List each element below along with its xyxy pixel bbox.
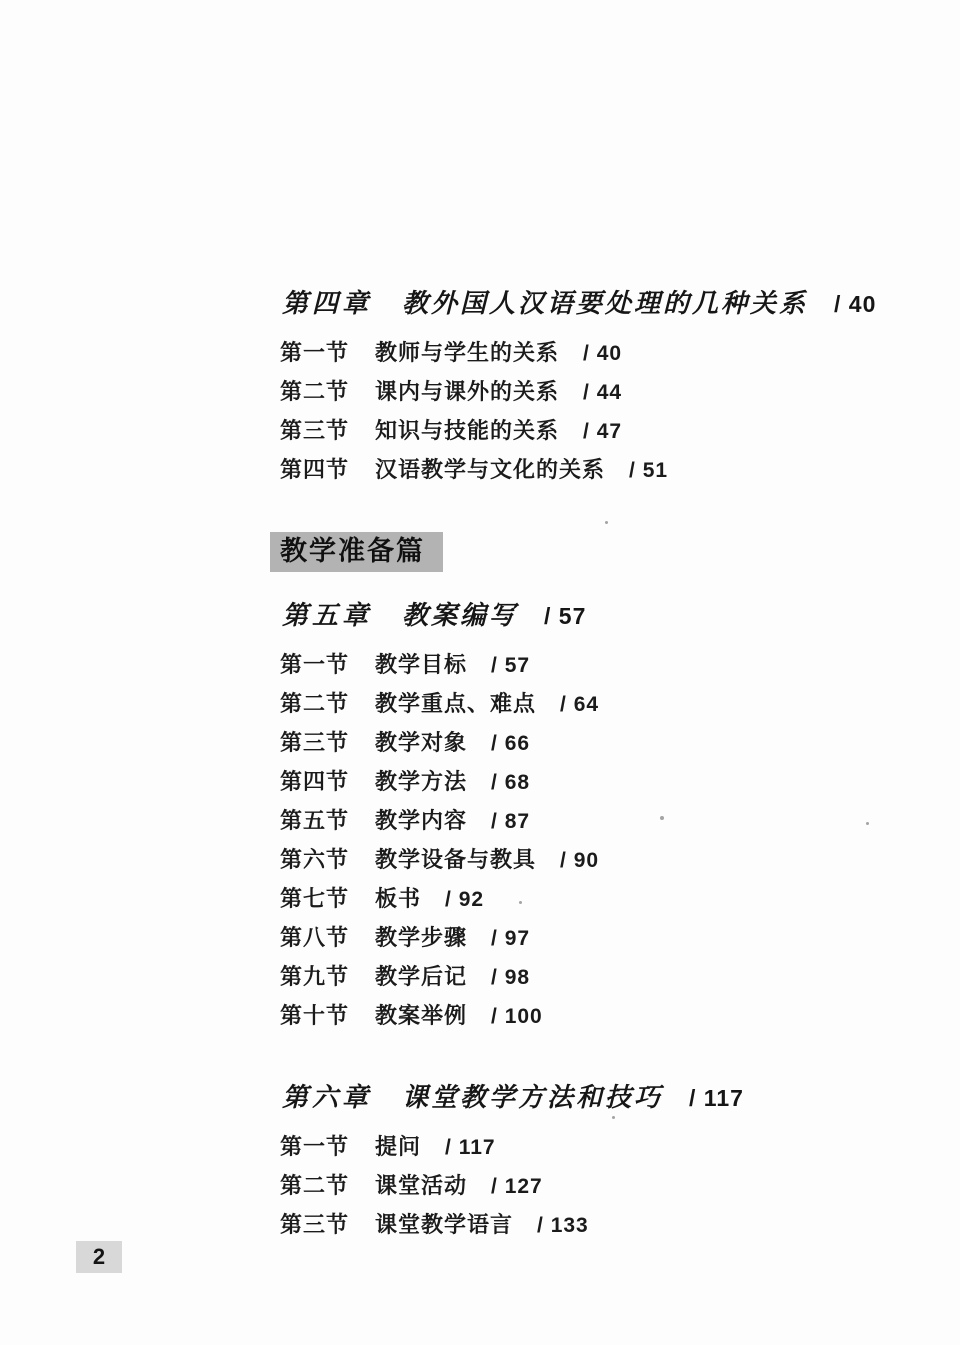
scan-speck [612, 1116, 615, 1119]
chapter-page-number: / 40 [834, 291, 876, 317]
chapter-number: 第五章 [282, 601, 372, 630]
section-title: 教学后记 [375, 964, 467, 989]
section-entry: 第一节提问/ 117 [280, 1132, 900, 1163]
section-page-number: / 40 [583, 342, 622, 365]
section-entry: 第二节课内与课外的关系/ 44 [280, 377, 900, 408]
section-page-number: / 98 [491, 966, 530, 989]
section-title: 教学设备与教具 [375, 847, 536, 872]
section-title: 教学方法 [375, 769, 467, 794]
section-page-number: / 117 [445, 1136, 496, 1159]
section-title: 提问 [375, 1134, 421, 1159]
chapter-page-number: / 57 [544, 603, 586, 629]
section-entry: 第九节教学后记/ 98 [280, 962, 900, 993]
section-page-number: / 57 [491, 654, 530, 677]
section-entry: 第一节教师与学生的关系/ 40 [280, 338, 900, 369]
section-entry: 第二节教学重点、难点/ 64 [280, 689, 900, 720]
section-title: 教师与学生的关系 [375, 340, 559, 365]
chapter-entry: 第五章教案编写/ 57 [282, 598, 900, 634]
section-number: 第五节 [280, 808, 349, 833]
section-number: 第一节 [280, 340, 349, 365]
section-title: 汉语教学与文化的关系 [375, 457, 605, 482]
section-entry: 第四节教学方法/ 68 [280, 767, 900, 798]
section-page-number: / 87 [491, 810, 530, 833]
chapter-page-number: / 117 [689, 1085, 744, 1111]
section-number: 第二节 [280, 1173, 349, 1198]
section-page-number: / 90 [560, 849, 599, 872]
chapter-title: 教案编写 [402, 601, 518, 630]
chapter-number: 第四章 [282, 289, 372, 318]
section-title: 教案举例 [375, 1003, 467, 1028]
section-entry: 第六节教学设备与教具/ 90 [280, 845, 900, 876]
section-entry: 第四节汉语教学与文化的关系/ 51 [280, 455, 900, 486]
section-title: 课堂活动 [375, 1173, 467, 1198]
section-page-number: / 44 [583, 381, 622, 404]
part-heading-row: 教学准备篇 [280, 532, 900, 572]
section-number: 第一节 [280, 1134, 349, 1159]
section-number: 第六节 [280, 847, 349, 872]
section-number: 第二节 [280, 691, 349, 716]
section-entry: 第八节教学步骤/ 97 [280, 923, 900, 954]
section-page-number: / 64 [560, 693, 599, 716]
section-title: 教学重点、难点 [375, 691, 536, 716]
section-entry: 第一节教学目标/ 57 [280, 650, 900, 681]
section-title: 课内与课外的关系 [375, 379, 559, 404]
section-page-number: / 68 [491, 771, 530, 794]
chapter-title: 教外国人汉语要处理的几种关系 [402, 289, 808, 318]
section-number: 第四节 [280, 457, 349, 482]
section-number: 第三节 [280, 1212, 349, 1237]
scan-speck [605, 521, 608, 524]
section-page-number: / 97 [491, 927, 530, 950]
section-number: 第三节 [280, 418, 349, 443]
section-page-number: / 100 [491, 1005, 543, 1028]
section-number: 第九节 [280, 964, 349, 989]
scan-speck [660, 816, 664, 820]
toc-page: 第四章教外国人汉语要处理的几种关系/ 40 第一节教师与学生的关系/ 40 第二… [0, 0, 960, 1345]
section-entry: 第三节课堂教学语言/ 133 [280, 1210, 900, 1241]
page-number: 2 [76, 1241, 122, 1273]
section-title: 教学内容 [375, 808, 467, 833]
section-entry: 第七节板书/ 92 [280, 884, 900, 915]
part-heading: 教学准备篇 [270, 532, 443, 572]
section-page-number: / 92 [445, 888, 484, 911]
section-title: 知识与技能的关系 [375, 418, 559, 443]
section-number: 第十节 [280, 1003, 349, 1028]
section-entry: 第十节教案举例/ 100 [280, 1001, 900, 1032]
section-page-number: / 51 [629, 459, 668, 482]
section-entry: 第三节知识与技能的关系/ 47 [280, 416, 900, 447]
scan-speck [519, 901, 522, 904]
section-number: 第二节 [280, 379, 349, 404]
section-entry: 第五节教学内容/ 87 [280, 806, 900, 837]
section-number: 第四节 [280, 769, 349, 794]
section-title: 教学步骤 [375, 925, 467, 950]
section-title: 课堂教学语言 [375, 1212, 513, 1237]
section-number: 第三节 [280, 730, 349, 755]
section-entry: 第三节教学对象/ 66 [280, 728, 900, 759]
section-title: 教学对象 [375, 730, 467, 755]
section-page-number: / 133 [537, 1214, 589, 1237]
chapter-number: 第六章 [282, 1083, 372, 1112]
section-page-number: / 127 [491, 1175, 543, 1198]
section-title: 教学目标 [375, 652, 467, 677]
chapter-entry: 第四章教外国人汉语要处理的几种关系/ 40 [282, 286, 900, 322]
scan-speck [866, 822, 869, 825]
section-page-number: / 66 [491, 732, 530, 755]
section-page-number: / 47 [583, 420, 622, 443]
section-number: 第七节 [280, 886, 349, 911]
section-entry: 第二节课堂活动/ 127 [280, 1171, 900, 1202]
chapter-entry: 第六章课堂教学方法和技巧/ 117 [282, 1080, 900, 1116]
section-number: 第八节 [280, 925, 349, 950]
section-title: 板书 [375, 886, 421, 911]
section-number: 第一节 [280, 652, 349, 677]
chapter-title: 课堂教学方法和技巧 [402, 1083, 663, 1112]
